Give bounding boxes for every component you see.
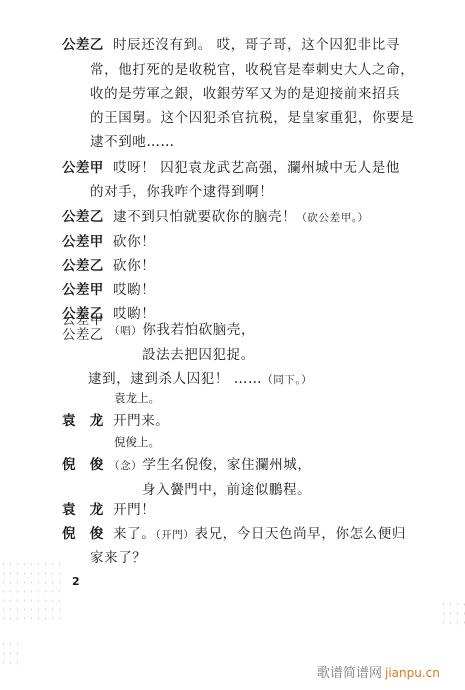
stage-direction: （开門） bbox=[155, 529, 194, 541]
speaker-label: 袁 龙 bbox=[62, 413, 104, 429]
scan-noise bbox=[0, 640, 20, 670]
speaker-label-bottom: 公差乙 bbox=[62, 328, 104, 343]
dialogue-line: 开門！ bbox=[113, 502, 155, 518]
sung-line: （唱）你我若怕砍脑壳， bbox=[109, 322, 255, 339]
speaker-label: 公差乙 bbox=[62, 258, 104, 274]
stage-direction: 倪俊上。 bbox=[114, 435, 160, 449]
speaker-label: 公差乙 bbox=[62, 209, 104, 225]
dialogue-line: 常，他打死的是收税官，收税官是奉刺史大人之命， bbox=[90, 62, 414, 78]
stage-direction: （砍公差甲。） bbox=[296, 212, 368, 224]
dialogue-line: 哎呀！ 囚犯袁龙武艺高强，瀾州城中无人是他 bbox=[113, 160, 400, 176]
scanned-page: 公差乙 时辰还沒有到。 哎，哥子哥，这个囚犯非比寻 常，他打死的是收税官，收税官… bbox=[0, 0, 465, 690]
dialogue-line: 开門来。 bbox=[113, 413, 169, 429]
recited-line: 身入黌門中，前途似鵬程。 bbox=[142, 482, 311, 498]
stage-direction: （同下。） bbox=[262, 374, 312, 386]
scan-noise bbox=[0, 560, 60, 620]
speaker-label: 倪 俊 bbox=[62, 526, 104, 542]
dialogue-line: 逮到，逮到杀人囚犯！ ……（同下。） bbox=[88, 371, 312, 388]
speaker-label: 公差甲 bbox=[62, 160, 104, 176]
recited-text: 学生名倪俊，家住瀾州城， bbox=[142, 457, 311, 473]
dialogue-line: 逮不到只怕就要砍你的脑壳！（砍公差甲。） bbox=[113, 209, 369, 226]
sung-line: 設法去把囚犯捉。 bbox=[142, 347, 255, 363]
speaker-label: 公差甲 bbox=[62, 234, 104, 250]
speaker-label: 袁 龙 bbox=[62, 502, 104, 518]
dialogue-line: 的对手，你我咋个逮得到啊！ bbox=[90, 184, 273, 200]
dialogue-text: 表兄，今日天色尚早，你怎么便归 bbox=[194, 526, 406, 542]
page-number: 2 bbox=[72, 575, 80, 588]
dialogue-line: 的王国舅。这个囚犯杀官抗税，是皇家重犯，你要是 bbox=[90, 110, 414, 126]
dialogue-text: 逮不到只怕就要砍你的脑壳！ bbox=[113, 209, 296, 225]
dialogue-line: 来了。（开門）表兄，今日天色尚早，你怎么便归 bbox=[113, 526, 406, 543]
dialogue-line: 逮不到吔…… bbox=[90, 134, 175, 150]
speaker-label: 倪 俊 bbox=[62, 457, 104, 473]
watermark: 歌谱简谱网jianpu.cn bbox=[317, 662, 440, 681]
dialogue-line: 时辰还沒有到。 哎，哥子哥，这个囚犯非比寻 bbox=[113, 37, 400, 53]
watermark-cn: 歌谱简谱网 bbox=[317, 666, 382, 681]
dialogue-line: 砍你！ bbox=[113, 234, 155, 250]
dialogue-text: 逮到，逮到杀人囚犯！ …… bbox=[88, 371, 262, 387]
speaker-label: 公差甲 bbox=[62, 282, 104, 298]
speaker-label: 公差乙 bbox=[62, 37, 104, 53]
dialogue-line: 家来了？ bbox=[90, 550, 146, 566]
dialogue-line: 砍你！ bbox=[113, 258, 155, 274]
dialogue-text: 来了。 bbox=[113, 526, 155, 542]
sing-cue: （唱） bbox=[109, 325, 142, 337]
lyric-text: 你我若怕砍脑壳， bbox=[142, 322, 255, 338]
recited-line: （念）学生名倪俊，家住瀾州城， bbox=[109, 457, 312, 474]
watermark-url: jianpu.cn bbox=[385, 666, 440, 680]
scan-noise bbox=[440, 600, 465, 630]
dialogue-line: 哎喲！ bbox=[113, 282, 155, 298]
dialogue-line: 收的是劳軍之銀，收銀劳军又为的是迎接前来招兵 bbox=[90, 86, 400, 102]
speaker-label-top: 公差甲 bbox=[62, 313, 104, 328]
dialogue-line: 哎喲！ bbox=[113, 306, 155, 322]
stage-direction: 袁龙上。 bbox=[114, 391, 160, 405]
recite-cue: （念） bbox=[109, 460, 142, 472]
